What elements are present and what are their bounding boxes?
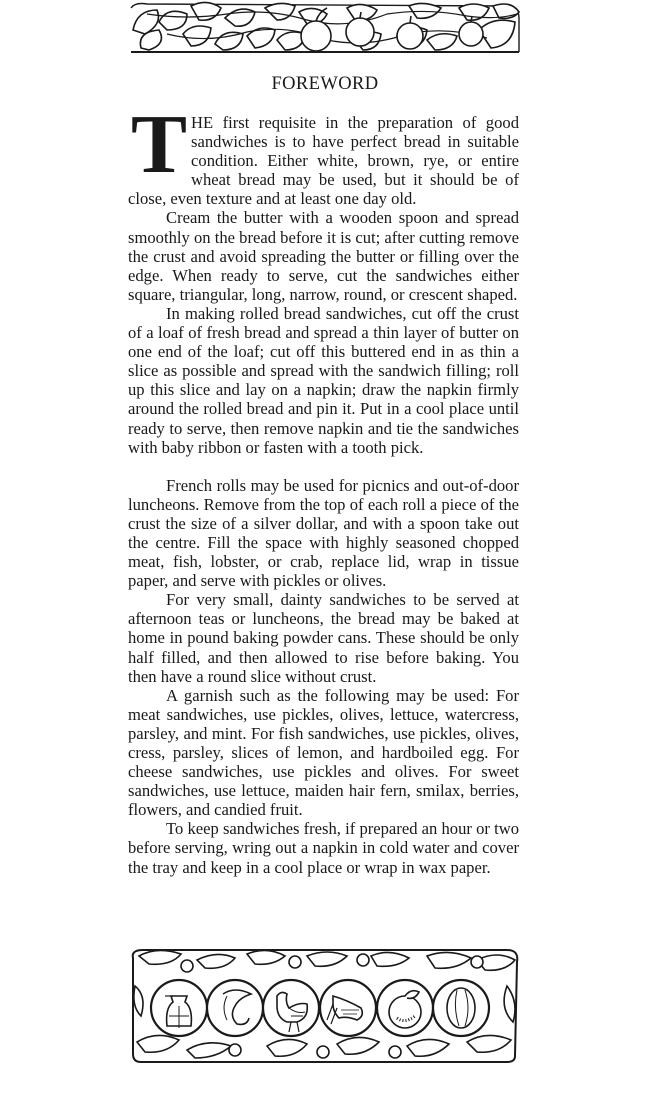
paragraph: French rolls may be used for picnics and… <box>128 476 519 591</box>
drop-cap: T <box>131 115 187 177</box>
paragraph: A garnish such as the following may be u… <box>128 686 519 820</box>
foreword-body: THE first requisite in the preparation o… <box>128 113 519 877</box>
page-title: FOREWORD <box>0 74 650 95</box>
paragraph: To keep sandwiches fresh, if prepared an… <box>128 819 519 876</box>
paragraph: For very small, dainty sandwiches to be … <box>128 590 519 685</box>
apple-vine-ornament-icon <box>127 0 522 56</box>
paragraph: Cream the butter with a wooden spoon and… <box>128 208 519 303</box>
paragraph: In making rolled bread sandwiches, cut o… <box>128 304 519 457</box>
roundels-ornament-icon <box>127 946 522 1064</box>
book-page: FOREWORD THE first requisite in the prep… <box>0 0 650 1116</box>
paragraph: THE first requisite in the preparation o… <box>128 113 519 208</box>
